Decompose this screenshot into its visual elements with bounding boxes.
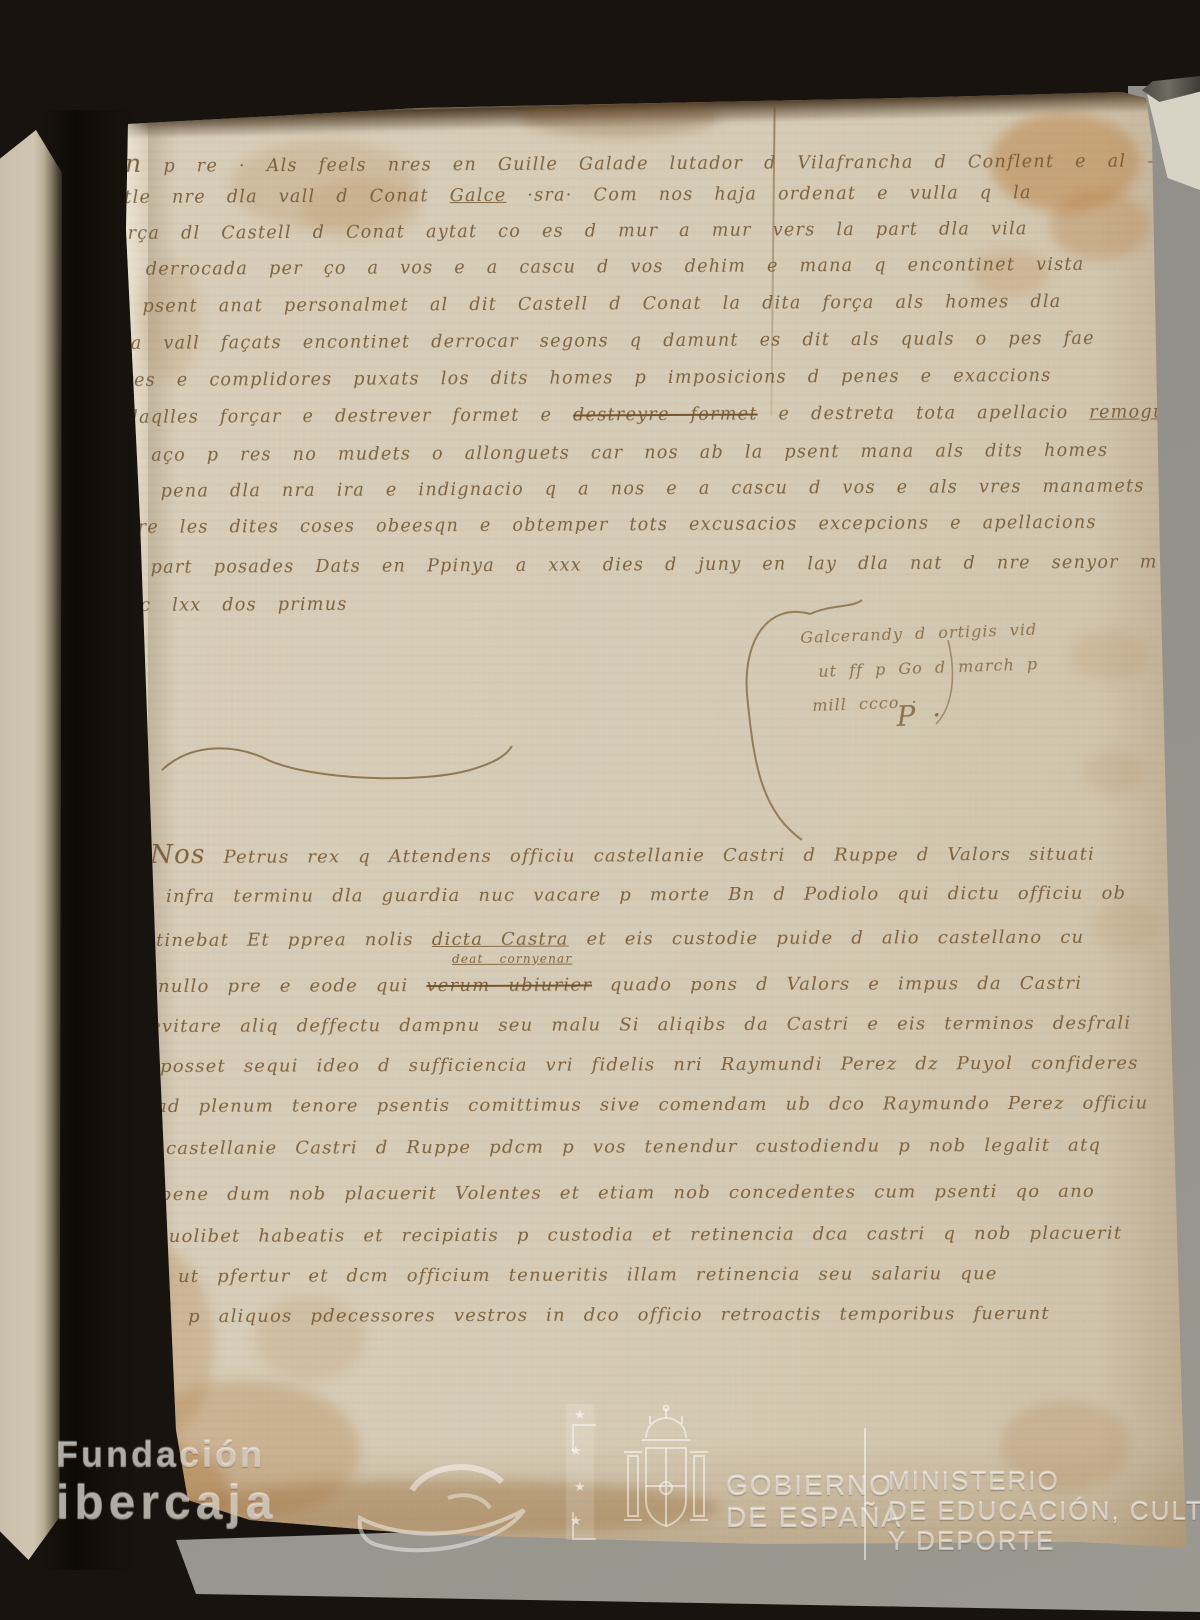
- eu-star-icon: ★: [574, 1480, 586, 1495]
- frame-corner-icon: [572, 1512, 596, 1540]
- watermark-gobierno-line2: DE ESPAÑA: [726, 1502, 902, 1534]
- watermark-divider-line: [864, 1428, 866, 1560]
- gutter-shadow: [44, 110, 134, 1570]
- manuscript-page: xxxx iiij· En p re · Als feels nres en G…: [0, 0, 1200, 1620]
- ink-layer: xxxx iiij· En p re · Als feels nres en G…: [0, 0, 1200, 1620]
- watermark-fundacion-line1: Fundación: [56, 1434, 265, 1476]
- watermark-ministerio-line3: Y DEPORTE: [888, 1526, 1055, 1557]
- watermark-fundacion-line2: ibercaja: [56, 1476, 277, 1531]
- watermark-ministerio-line1: MINISTERIO: [888, 1466, 1060, 1497]
- ibercaja-logo-icon: [352, 1452, 532, 1562]
- archive-photo-scene: xxxx iiij· En p re · Als feels nres en G…: [0, 0, 1200, 1620]
- frame-corner-icon: [572, 1424, 596, 1452]
- spain-coat-of-arms-icon: [616, 1404, 716, 1564]
- watermark-gobierno-line1: GOBIERNO: [726, 1470, 893, 1502]
- eu-star-icon: ★: [574, 1408, 586, 1423]
- ink-flourishes: [0, 0, 1200, 1620]
- watermark-ministerio-line2: DE EDUCACIÓN, CULTURA: [888, 1496, 1200, 1527]
